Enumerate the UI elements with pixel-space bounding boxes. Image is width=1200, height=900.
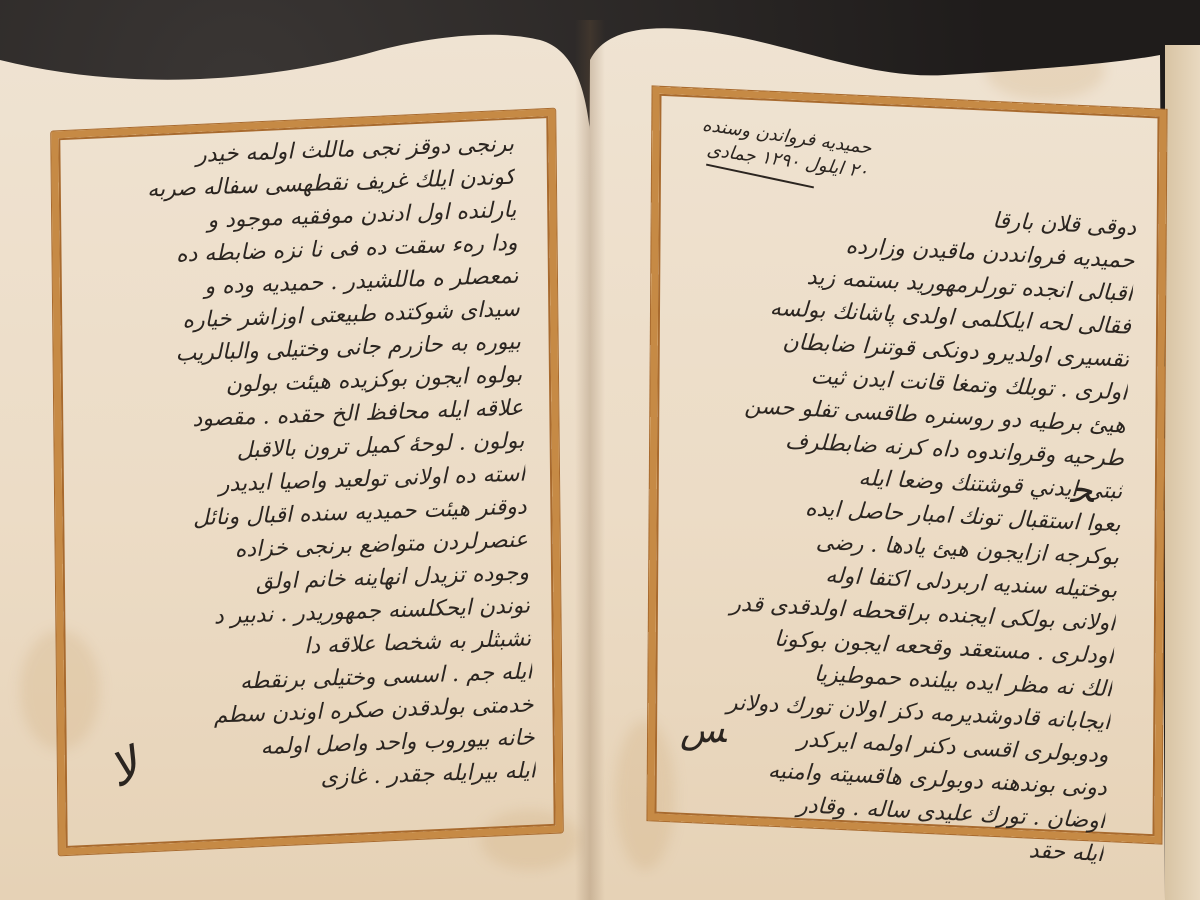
open-manuscript-book: برنجى دوقز نجى ماللث اولمه خيدر كوندن اي… — [0, 0, 1200, 900]
paper-stain — [985, 40, 1105, 100]
marginal-flourish: ﺤ — [1070, 470, 1093, 511]
marginal-flourish: ﺲ — [680, 710, 726, 751]
left-page-handwritten-text: برنجى دوقز نجى ماللث اولمه خيدر كوندن اي… — [84, 128, 537, 803]
book-gutter — [575, 20, 605, 900]
right-page-handwritten-text: دوقى قلان بارقا حميديه فروانددن ماقيدن و… — [663, 189, 1137, 871]
page-stack-edge — [1165, 45, 1200, 900]
